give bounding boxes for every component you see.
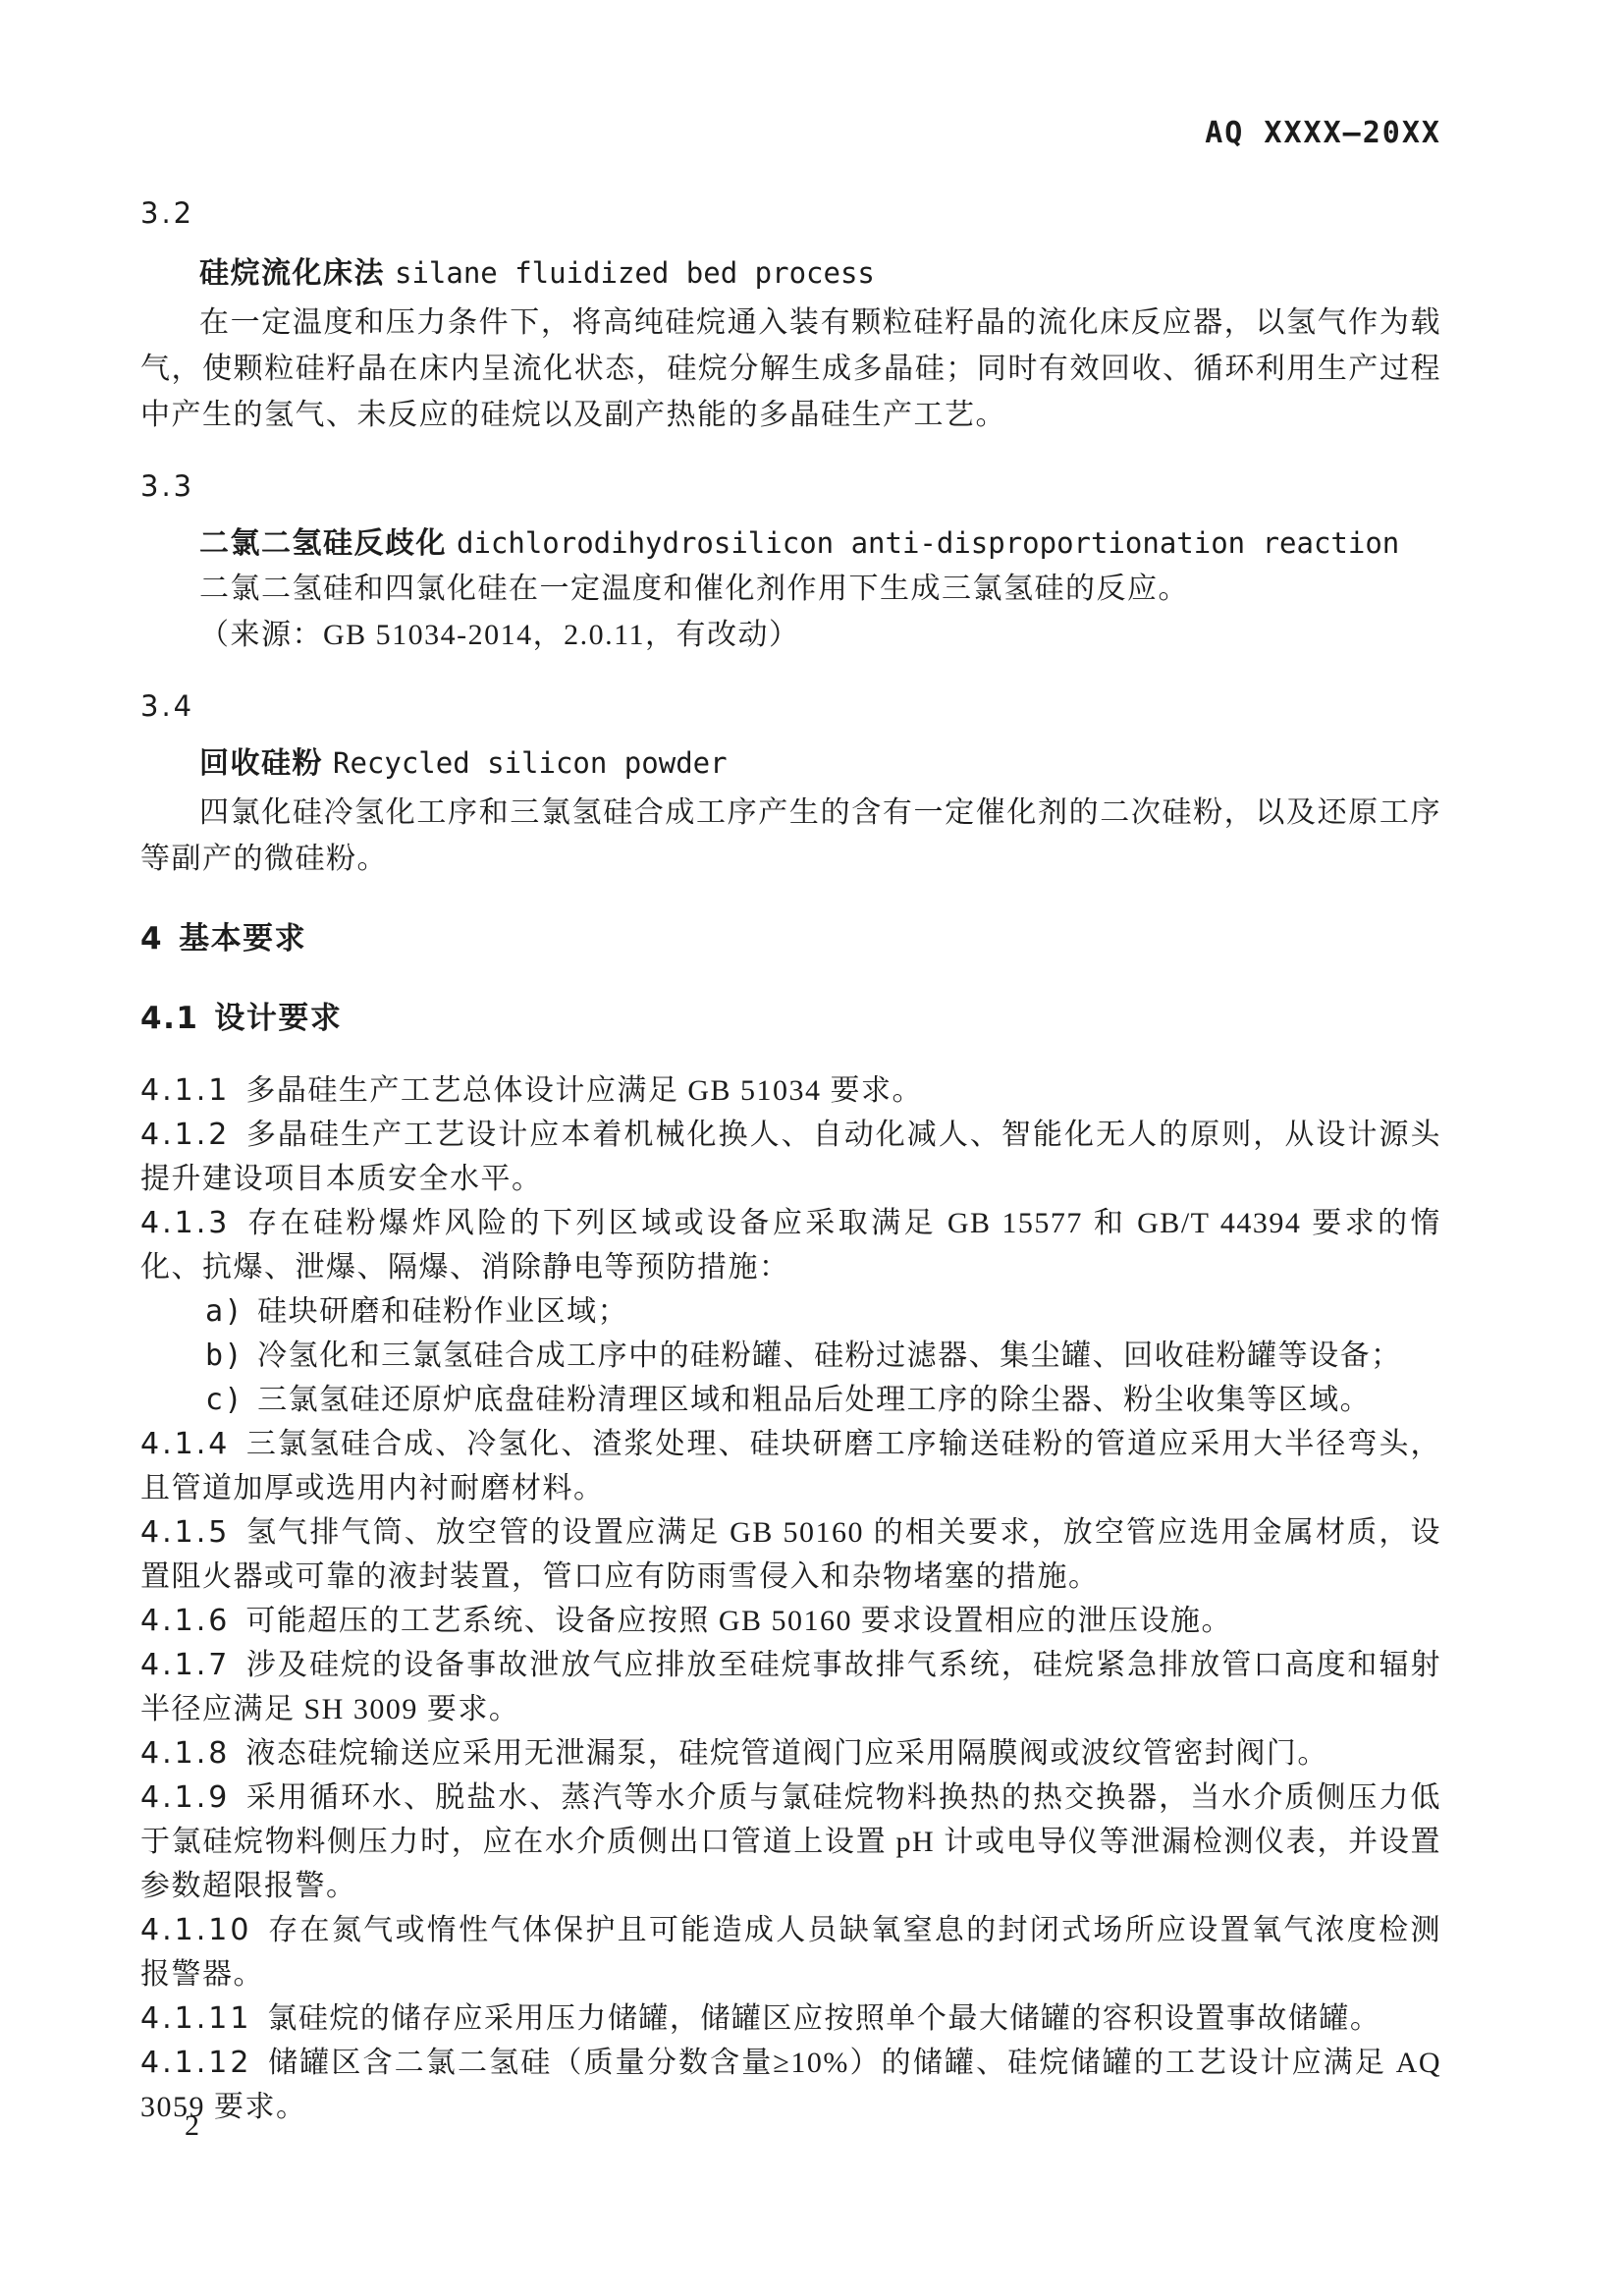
clause-number: 4.1.9 xyxy=(140,1780,230,1815)
clause-number: 4.1.11 xyxy=(140,2001,251,2036)
term-source-note-3-3: （来源：GB 51034-2014，2.0.11，有改动） xyxy=(140,612,1441,658)
term-definition-3-2: 在一定温度和压力条件下，将高纯硅烷通入装有颗粒硅籽晶的流化床反应器，以氢气作为载… xyxy=(140,300,1441,438)
document-page: AQ XXXX—20XX 3.2 硅烷流化床法silane fluidized … xyxy=(0,0,1623,2296)
clause-number: 4.1.8 xyxy=(140,1736,230,1771)
chapter-number: 4 xyxy=(140,921,163,957)
list-item-c: c)三氯氢硅还原炉底盘硅粉清理区域和粗品后处理工序的除尘器、粉尘收集等区域。 xyxy=(140,1378,1441,1422)
clause-4-1-10: 4.1.10存在氮气或惰性气体保护且可能造成人员缺氧窒息的封闭式场所应设置氧气浓… xyxy=(140,1908,1441,1996)
list-item-text: 硅块研磨和硅粉作业区域； xyxy=(257,1295,628,1328)
clause-list: 4.1.1多晶硅生产工艺总体设计应满足 GB 51034 要求。 4.1.2多晶… xyxy=(140,1068,1441,2129)
clause-4-1-12: 4.1.12储罐区含二氯二氢硅（质量分数含量≥10%）的储罐、硅烷储罐的工艺设计… xyxy=(140,2041,1441,2129)
clause-4-1-4: 4.1.4三氯氢硅合成、冷氢化、渣浆处理、硅块研磨工序输送硅粉的管道应采用大半径… xyxy=(140,1422,1441,1510)
clause-4-1-2: 4.1.2多晶硅生产工艺设计应本着机械化换人、自动化减人、智能化无人的原则，从设… xyxy=(140,1113,1441,1201)
clause-number: 4.1.1 xyxy=(140,1073,230,1108)
clause-text: 氢气排气筒、放空管的设置应满足 GB 50160 的相关要求，放空管应选用金属材… xyxy=(140,1516,1441,1593)
clause-text: 储罐区含二氯二氢硅（质量分数含量≥10%）的储罐、硅烷储罐的工艺设计应满足 AQ… xyxy=(140,2047,1441,2123)
list-item-text: 冷氢化和三氯氢硅合成工序中的硅粉罐、硅粉过滤器、集尘罐、回收硅粉罐等设备； xyxy=(257,1339,1402,1372)
term-number-3-3: 3.3 xyxy=(140,467,1441,505)
term-heading-3-3: 二氯二氢硅反歧化dichlorodihydrosilicon anti-disp… xyxy=(140,521,1441,566)
clause-text: 氯硅烷的储存应采用压力储罐，储罐区应按照单个最大储罐的容积设置事故储罐。 xyxy=(267,2002,1380,2035)
term-en-3-4: Recycled silicon powder xyxy=(333,746,728,780)
section-number: 4.1 xyxy=(140,1001,198,1036)
chapter-heading: 4基本要求 xyxy=(140,916,1441,961)
term-definition-3-4: 四氯化硅冷氢化工序和三氯氢硅合成工序产生的含有一定催化剂的二次硅粉，以及还原工序… xyxy=(140,790,1441,882)
clause-number: 4.1.2 xyxy=(140,1118,230,1152)
clause-4-1-6: 4.1.6可能超压的工艺系统、设备应按照 GB 50160 要求设置相应的泄压设… xyxy=(140,1599,1441,1643)
clause-number: 4.1.5 xyxy=(140,1515,230,1550)
term-zh-3-4: 回收硅粉 xyxy=(199,747,323,780)
term-en-3-2: silane fluidized bed process xyxy=(395,256,875,290)
section-heading: 4.1设计要求 xyxy=(140,996,1441,1041)
term-zh-3-2: 硅烷流化床法 xyxy=(199,257,385,290)
clause-text: 涉及硅烷的设备事故泄放气应排放至硅烷事故排气系统，硅烷紧急排放管口高度和辐射半径… xyxy=(140,1649,1441,1725)
term-number-3-4: 3.4 xyxy=(140,687,1441,725)
clause-number: 4.1.10 xyxy=(140,1913,251,1947)
clause-number: 4.1.12 xyxy=(140,2046,251,2080)
list-marker: a) xyxy=(205,1294,243,1329)
clause-number: 4.1.3 xyxy=(140,1206,230,1240)
clause-4-1-8: 4.1.8液态硅烷输送应采用无泄漏泵，硅烷管道阀门应采用隔膜阀或波纹管密封阀门。 xyxy=(140,1731,1441,1776)
term-number-3-2: 3.2 xyxy=(140,194,1441,232)
clause-text: 存在硅粉爆炸风险的下列区域或设备应采取满足 GB 15577 和 GB/T 44… xyxy=(140,1207,1441,1284)
clause-number: 4.1.6 xyxy=(140,1604,230,1638)
list-item-a: a)硅块研磨和硅粉作业区域； xyxy=(140,1289,1441,1334)
clause-text: 可能超压的工艺系统、设备应按照 GB 50160 要求设置相应的泄压设施。 xyxy=(245,1605,1232,1637)
section-title: 设计要求 xyxy=(214,1001,342,1035)
term-definition-3-3: 二氯二氢硅和四氯化硅在一定温度和催化剂作用下生成三氯氢硅的反应。 xyxy=(140,566,1441,612)
clause-text: 液态硅烷输送应采用无泄漏泵，硅烷管道阀门应采用隔膜阀或波纹管密封阀门。 xyxy=(245,1737,1328,1770)
term-en-3-3: dichlorodihydrosilicon anti-disproportio… xyxy=(457,526,1399,560)
doc-code-header: AQ XXXX—20XX xyxy=(140,116,1441,151)
clause-number: 4.1.4 xyxy=(140,1427,230,1461)
list-marker: c) xyxy=(205,1383,243,1417)
list-marker: b) xyxy=(205,1339,243,1373)
clause-4-1-9: 4.1.9采用循环水、脱盐水、蒸汽等水介质与氯硅烷物料换热的热交换器，当水介质侧… xyxy=(140,1776,1441,1908)
clause-number: 4.1.7 xyxy=(140,1648,230,1682)
clause-text: 多晶硅生产工艺设计应本着机械化换人、自动化减人、智能化无人的原则，从设计源头提升… xyxy=(140,1119,1441,1195)
clause-4-1-5: 4.1.5氢气排气筒、放空管的设置应满足 GB 50160 的相关要求，放空管应… xyxy=(140,1510,1441,1599)
clause-text: 采用循环水、脱盐水、蒸汽等水介质与氯硅烷物料换热的热交换器，当水介质侧压力低于氯… xyxy=(140,1781,1441,1902)
list-item-b: b)冷氢化和三氯氢硅合成工序中的硅粉罐、硅粉过滤器、集尘罐、回收硅粉罐等设备； xyxy=(140,1334,1441,1378)
clause-4-1-3: 4.1.3存在硅粉爆炸风险的下列区域或设备应采取满足 GB 15577 和 GB… xyxy=(140,1201,1441,1289)
term-zh-3-3: 二氯二氢硅反歧化 xyxy=(199,527,447,560)
clause-text: 多晶硅生产工艺总体设计应满足 GB 51034 要求。 xyxy=(245,1074,923,1107)
term-heading-3-4: 回收硅粉Recycled silicon powder xyxy=(140,741,1441,786)
term-heading-3-2: 硅烷流化床法silane fluidized bed process xyxy=(140,251,1441,296)
clause-text: 存在氮气或惰性气体保护且可能造成人员缺氧窒息的封闭式场所应设置氧气浓度检测报警器… xyxy=(140,1914,1441,1991)
page-number: 2 xyxy=(185,2109,199,2143)
clause-4-1-1: 4.1.1多晶硅生产工艺总体设计应满足 GB 51034 要求。 xyxy=(140,1068,1441,1113)
chapter-title: 基本要求 xyxy=(179,921,306,956)
clause-text: 三氯氢硅合成、冷氢化、渣浆处理、硅块研磨工序输送硅粉的管道应采用大半径弯头，且管… xyxy=(140,1428,1441,1504)
clause-4-1-7: 4.1.7涉及硅烷的设备事故泄放气应排放至硅烷事故排气系统，硅烷紧急排放管口高度… xyxy=(140,1643,1441,1731)
list-item-text: 三氯氢硅还原炉底盘硅粉清理区域和粗品后处理工序的除尘器、粉尘收集等区域。 xyxy=(257,1384,1371,1416)
clause-4-1-11: 4.1.11氯硅烷的储存应采用压力储罐，储罐区应按照单个最大储罐的容积设置事故储… xyxy=(140,1996,1441,2041)
